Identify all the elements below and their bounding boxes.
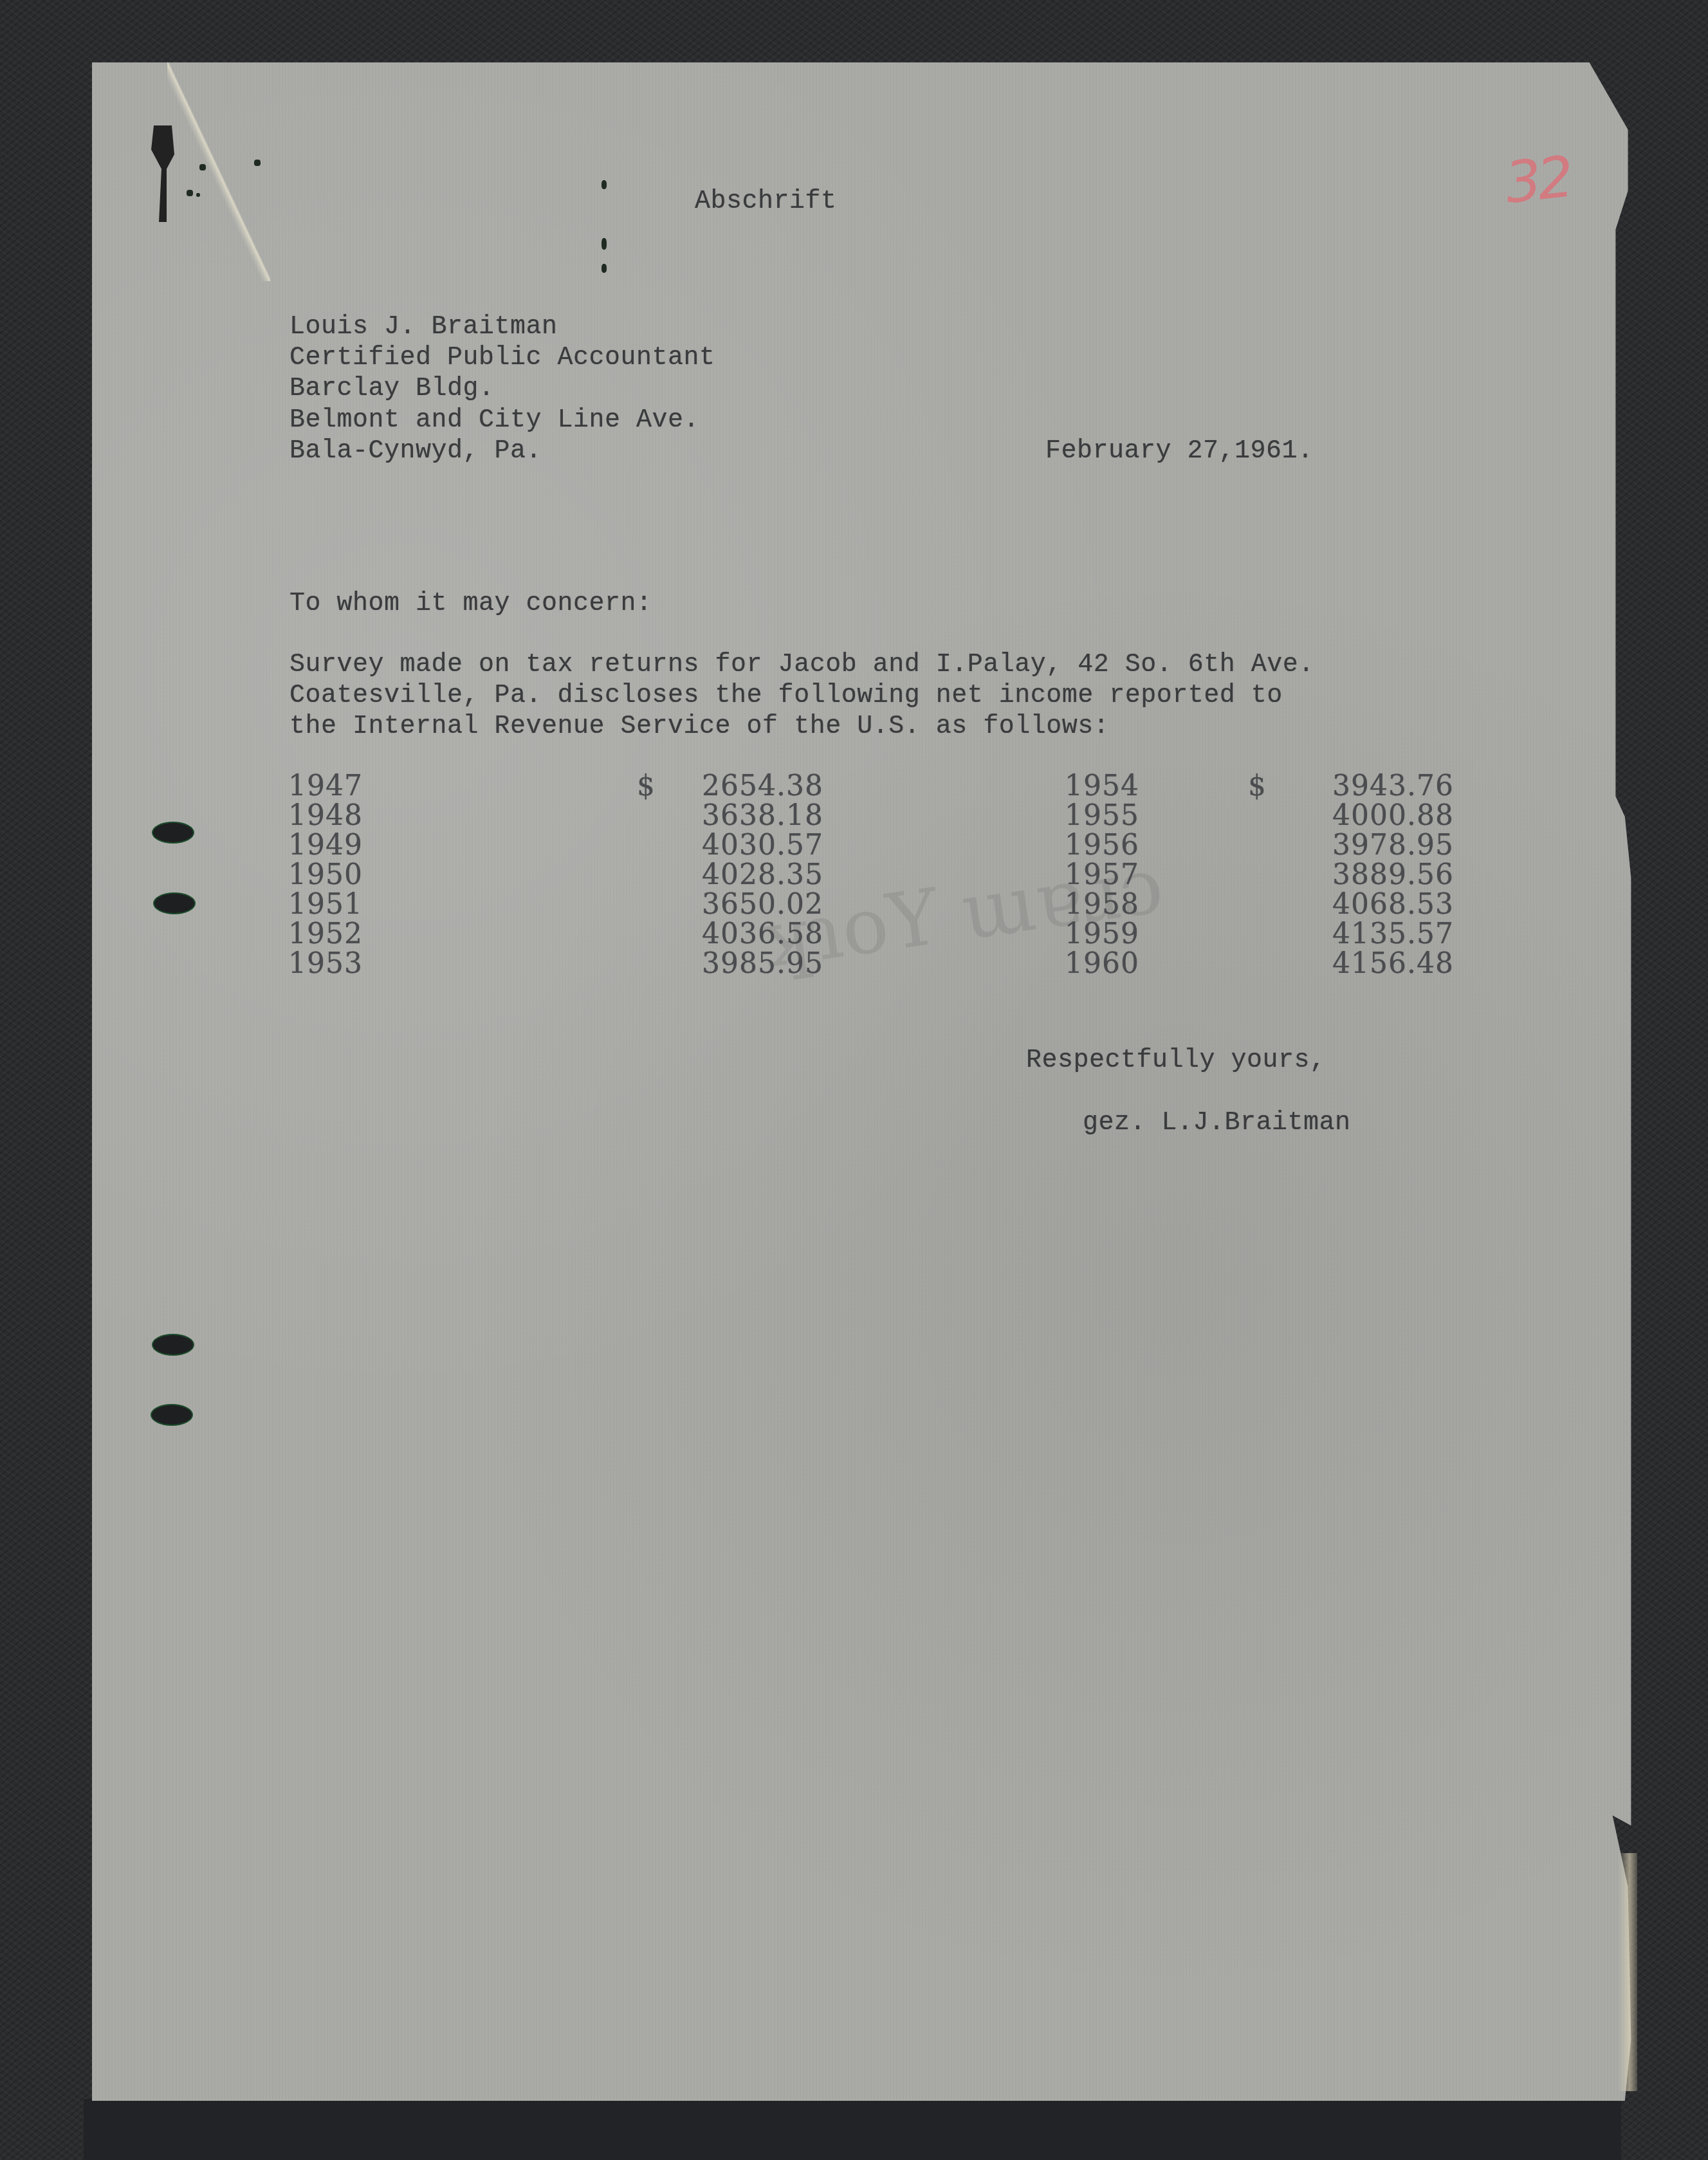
table-year: 1949 <box>288 830 363 861</box>
table-amount: 3650.02 <box>682 889 823 920</box>
table-amount: 2654.38 <box>682 771 823 802</box>
table-amount: 4000.88 <box>1312 800 1454 831</box>
table-amount: 3978.95 <box>1312 830 1454 861</box>
table-amount: 3985.95 <box>682 948 823 979</box>
table-year: 1959 <box>1065 919 1139 950</box>
table-year: 1950 <box>288 860 363 891</box>
punch-hole-icon <box>153 1335 193 1354</box>
sender-city: Bala-Cynwyd, Pa. <box>289 436 542 467</box>
table-amount: 4030.57 <box>682 830 823 861</box>
closing-phrase: Respectfully yours, <box>1026 1046 1326 1076</box>
table-year: 1957 <box>1065 860 1139 891</box>
table-year: 1953 <box>288 948 363 979</box>
backing-board <box>84 2099 1621 2160</box>
table-amount: 3638.18 <box>682 800 823 831</box>
table-year: 1958 <box>1065 889 1139 920</box>
table-year: 1955 <box>1065 800 1139 831</box>
punch-hole-icon <box>152 1405 192 1425</box>
salutation: To whom it may concern: <box>289 589 652 620</box>
letter-date: February 27,1961. <box>1045 436 1314 467</box>
signature: gez. L.J.Braitman <box>1083 1108 1351 1139</box>
table-amount: 3889.56 <box>1312 860 1454 891</box>
table-year: 1960 <box>1065 948 1139 979</box>
table-year: 1947 <box>288 771 363 802</box>
table-amount: 4156.48 <box>1312 948 1454 979</box>
table-year: 1956 <box>1065 830 1139 861</box>
currency-symbol: $ <box>637 771 656 802</box>
table-year: 1952 <box>288 919 363 950</box>
currency-symbol: $ <box>1248 771 1267 802</box>
table-amount: 4135.57 <box>1312 919 1454 950</box>
paper-damage-speck <box>601 238 607 250</box>
paper-damage-speck <box>196 193 200 197</box>
sender-name: Louis J. Braitman <box>289 312 558 343</box>
sender-title: Certified Public Accountant <box>289 343 715 374</box>
document-heading: Abschrift <box>695 187 837 217</box>
table-year: 1954 <box>1065 771 1139 802</box>
paper-damage-speck <box>199 164 206 171</box>
body-line: Coatesville, Pa. discloses the following… <box>289 681 1283 712</box>
sender-building: Barclay Bldg. <box>289 374 495 405</box>
table-amount: 3943.76 <box>1312 771 1454 802</box>
punch-hole-icon <box>154 894 194 913</box>
paper-worn-edge <box>1618 1853 1637 2091</box>
body-line: Survey made on tax returns for Jacob and… <box>289 650 1314 681</box>
table-amount: 4036.58 <box>682 919 823 950</box>
paper-damage-speck <box>254 160 261 166</box>
archive-page-number: 32 <box>1502 143 1573 216</box>
paper-damage-speck <box>601 180 607 189</box>
body-line: the Internal Revenue Service of the U.S.… <box>289 712 1109 743</box>
sender-street: Belmont and City Line Ave. <box>289 405 699 436</box>
paper-damage-speck <box>187 190 193 196</box>
paper-damage-speck <box>601 264 607 273</box>
table-amount: 4028.35 <box>682 860 823 891</box>
table-amount: 4068.53 <box>1312 889 1454 920</box>
punch-hole-icon <box>153 823 193 842</box>
table-year: 1951 <box>288 889 363 920</box>
table-year: 1948 <box>288 800 363 831</box>
corner-fold-crease <box>167 62 270 281</box>
